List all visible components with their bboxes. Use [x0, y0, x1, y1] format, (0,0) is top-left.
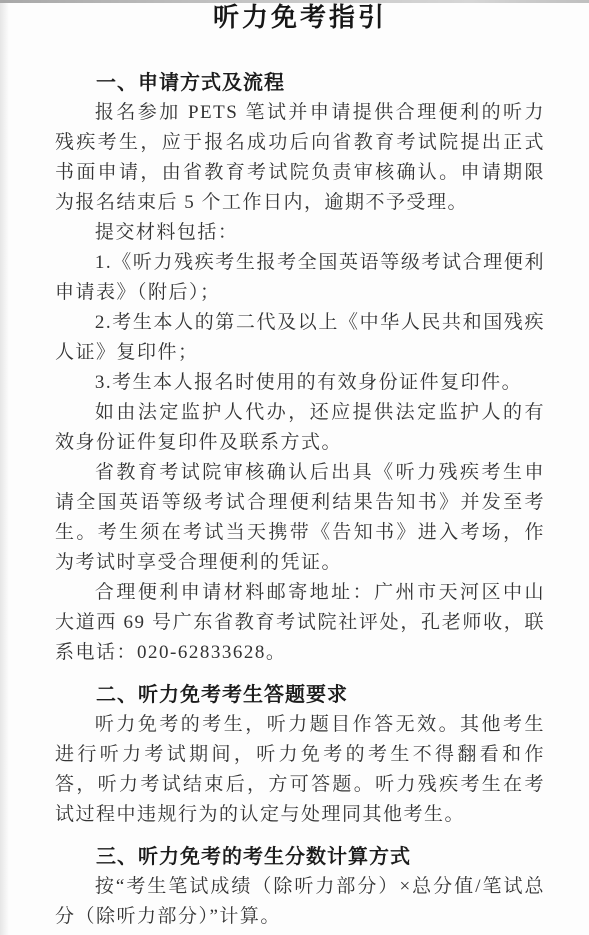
section-1-paragraph-1: 报名参加 PETS 笔试并申请提供合理便利的听力残疾考生，应于报名成功后向省教育…: [55, 98, 545, 218]
section-application-process: 一、申请方式及流程 报名参加 PETS 笔试并申请提供合理便利的听力残疾考生，应…: [55, 68, 545, 668]
section-1-paragraph-6: 如由法定监护人代办，还应提供法定监护人的有效身份证件复印件及联系方式。: [55, 398, 545, 458]
section-2-paragraph-1: 听力免考的考生，听力题目作答无效。其他考生进行听力考试期间，听力免考的考生不得翻…: [55, 710, 545, 830]
section-score-calculation: 三、听力免考的考生分数计算方式 按“考生笔试成绩（除听力部分）×总分值/笔试总分…: [55, 842, 545, 932]
section-1-paragraph-8-mailing-address: 合理便利申请材料邮寄地址：广州市天河区中山大道西 69 号广东省教育考试院社评处…: [55, 578, 545, 668]
section-1-paragraph-2: 提交材料包括：: [55, 218, 545, 248]
document-page: 听力免考指引 一、申请方式及流程 报名参加 PETS 笔试并申请提供合理便利的听…: [0, 0, 589, 935]
section-1-list-item-2: 2.考生本人的第二代及以上《中华人民共和国残疾人证》复印件；: [55, 308, 545, 368]
document-title: 听力免考指引: [55, 0, 545, 33]
section-1-list-item-3: 3.考生本人报名时使用的有效身份证件复印件。: [55, 368, 545, 398]
section-3-paragraph-1: 按“考生笔试成绩（除听力部分）×总分值/笔试总分（除听力部分）”计算。: [55, 872, 545, 932]
section-answering-requirements: 二、听力免考考生答题要求 听力免考的考生，听力题目作答无效。其他考生进行听力考试…: [55, 680, 545, 830]
section-3-heading: 三、听力免考的考生分数计算方式: [55, 842, 545, 872]
section-1-paragraph-7: 省教育考试院审核确认后出具《听力残疾考生申请全国英语等级考试合理便利结果告知书》…: [55, 458, 545, 578]
section-1-list-item-1: 1.《听力残疾考生报考全国英语等级考试合理便利申请表》（附后）；: [55, 248, 545, 308]
section-1-heading: 一、申请方式及流程: [55, 68, 545, 98]
section-2-heading: 二、听力免考考生答题要求: [55, 680, 545, 710]
